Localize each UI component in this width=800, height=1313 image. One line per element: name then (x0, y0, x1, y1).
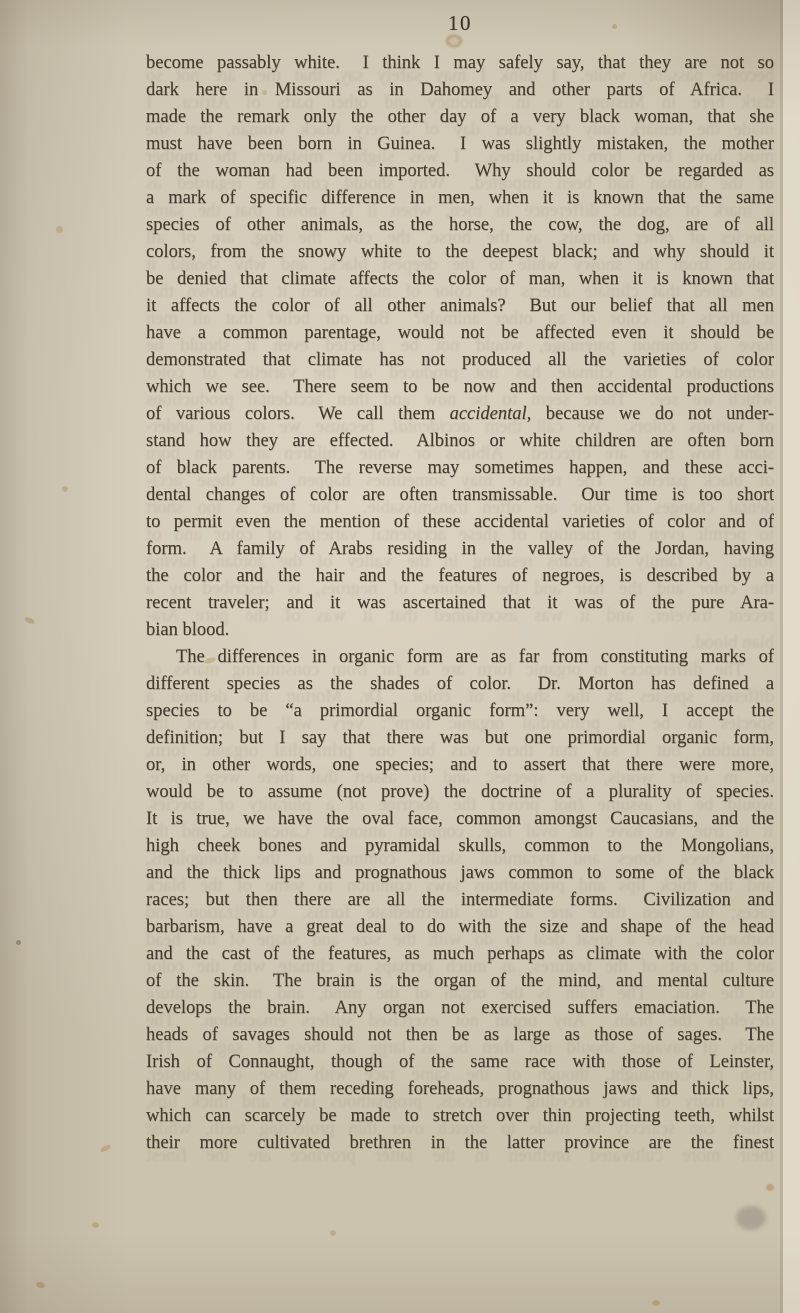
paper-stain (56, 226, 63, 233)
text-line: would be to assume (not prove) the doctr… (146, 779, 774, 806)
text-line: species to be “a primordial organic form… (146, 698, 774, 725)
text-line: be denied that climate affects the color… (146, 266, 774, 293)
text-line: the color and the hair and the features … (146, 563, 774, 590)
page-text-column: become passably white. I think I may saf… (146, 10, 774, 1157)
text-line: of black parents. The reverse may someti… (146, 455, 774, 482)
text-line: It is true, we have the oval face, commo… (146, 806, 774, 833)
text-line: stand how they are effected. Albinos or … (146, 428, 774, 455)
paper-stain (330, 1230, 336, 1236)
paper-stain (92, 1222, 99, 1228)
text-line: which we see. There seem to be now and t… (146, 374, 774, 401)
text-line: and the cast of the features, as much pe… (146, 941, 774, 968)
text-line: develops the brain. Any organ not exerci… (146, 995, 774, 1022)
page-text: 10 become passably white. I think I may … (146, 10, 774, 1157)
text-line: to permit even the mention of these acci… (146, 509, 774, 536)
paper-stain (35, 1281, 45, 1289)
text-line: heads of savages should not then be as l… (146, 1022, 774, 1049)
text-line: of various colors. We call them accident… (146, 401, 774, 428)
text-line: dental changes of color are often transm… (146, 482, 774, 509)
text-line: bian blood. (146, 617, 774, 644)
text-line: which can scarcely be made to stretch ov… (146, 1103, 774, 1130)
paper-stain (99, 1144, 111, 1154)
text-line: demonstrated that climate has not produc… (146, 347, 774, 374)
text-line: form. A family of Arabs residing in the … (146, 536, 774, 563)
paper-stain (62, 486, 68, 492)
text-line: of the skin. The brain is the organ of t… (146, 968, 774, 995)
text-line: barbarism, have a great deal to do with … (146, 914, 774, 941)
text-line: colors, from the snowy white to the deep… (146, 239, 774, 266)
text-line: a mark of specific difference in men, wh… (146, 185, 774, 212)
paper-stain (736, 1206, 766, 1230)
paper-stain (23, 616, 35, 625)
paper-stain (766, 1184, 774, 1191)
italic-word: accidental (450, 404, 527, 424)
text-line: have a common parentage, would not be af… (146, 320, 774, 347)
text-line: Irish of Connaught, though of the same r… (146, 1049, 774, 1076)
text-line: races; but then there are all the interm… (146, 887, 774, 914)
text-line: species of other animals, as the horse, … (146, 212, 774, 239)
text-line: have many of them receding foreheads, pr… (146, 1076, 774, 1103)
text-line: different species as the shades of color… (146, 671, 774, 698)
text-line: definition; but I say that there was but… (146, 725, 774, 752)
text-line: made the remark only the other day of a … (146, 104, 774, 131)
text-line: become passably white. I think I may saf… (146, 50, 774, 77)
text-line: or, in other words, one species; and to … (146, 752, 774, 779)
text-line: dark here in Missouri as in Dahomey and … (146, 77, 774, 104)
text-line: and the thick lips and prognathous jaws … (146, 860, 774, 887)
text-line: it affects the color of all other animal… (146, 293, 774, 320)
text-line: high cheek bones and pyramidal skulls, c… (146, 833, 774, 860)
text-line: recent traveler; and it was ascertained … (146, 590, 774, 617)
text-line: their more cultivated brethren in the la… (146, 1130, 774, 1157)
book-page: become passably white. I think I may saf… (0, 0, 800, 1313)
text-line: must have been born in Guinea. I was sli… (146, 131, 774, 158)
page-number: 10 (146, 10, 774, 36)
paper-stain (652, 1300, 660, 1306)
body-text: become passably white. I think I may saf… (146, 50, 774, 1157)
paper-stain (16, 940, 21, 945)
text-line: of the woman had been imported. Why shou… (146, 158, 774, 185)
text-line: The differences in organic form are as f… (146, 644, 774, 671)
